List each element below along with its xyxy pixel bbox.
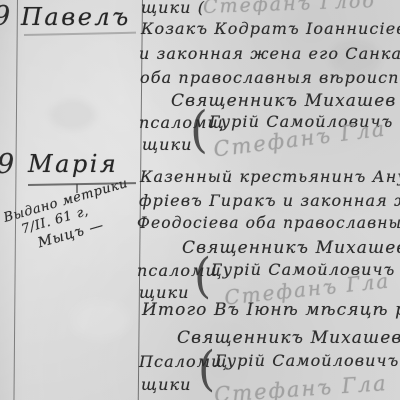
pencil-signature: Стефанъ Гла	[213, 371, 388, 400]
record-line: Козакъ Кодратъ Іоаннисіевъ	[141, 19, 400, 38]
record-line-total: Итого Въ Іюнѣ мѣсяцѣ ро	[142, 300, 400, 320]
record-line: Феодосіева оба православныя в	[137, 214, 400, 232]
document-scan: 9 9 Павелъ Марія Выдано метрики 7/ІІ. 61…	[0, 0, 400, 400]
pencil-signature: Стефанъ Глоб	[203, 0, 377, 18]
record-line: фріевъ Гиракъ и законная же	[139, 191, 400, 210]
record-line: оба православныя вѣроисповѣ	[140, 68, 400, 87]
record-line: щики	[142, 135, 193, 154]
record-line-psalmist: Гурій Самойловичъ	[215, 351, 399, 370]
record-line: щики	[141, 375, 192, 394]
baptism-name-maria: Марія	[28, 150, 118, 178]
grouping-brace: (	[198, 342, 215, 397]
baptism-name-pavel: Павелъ	[21, 3, 131, 31]
left-column-rule	[13, 0, 18, 400]
record-line: щики (	[141, 0, 205, 17]
grouping-brace: (	[194, 249, 211, 304]
record-number: 9	[0, 149, 15, 180]
record-line: Казенный крестьянинъ Ану	[140, 167, 400, 186]
record-line: и законная жена его Санка Ст	[139, 44, 400, 63]
record-line-priest: Священникъ Михашев	[182, 238, 400, 258]
record-number: 9	[0, 1, 11, 32]
name-underline	[24, 32, 136, 36]
paper-smudge	[70, 300, 130, 340]
paper-smudge	[50, 100, 96, 130]
